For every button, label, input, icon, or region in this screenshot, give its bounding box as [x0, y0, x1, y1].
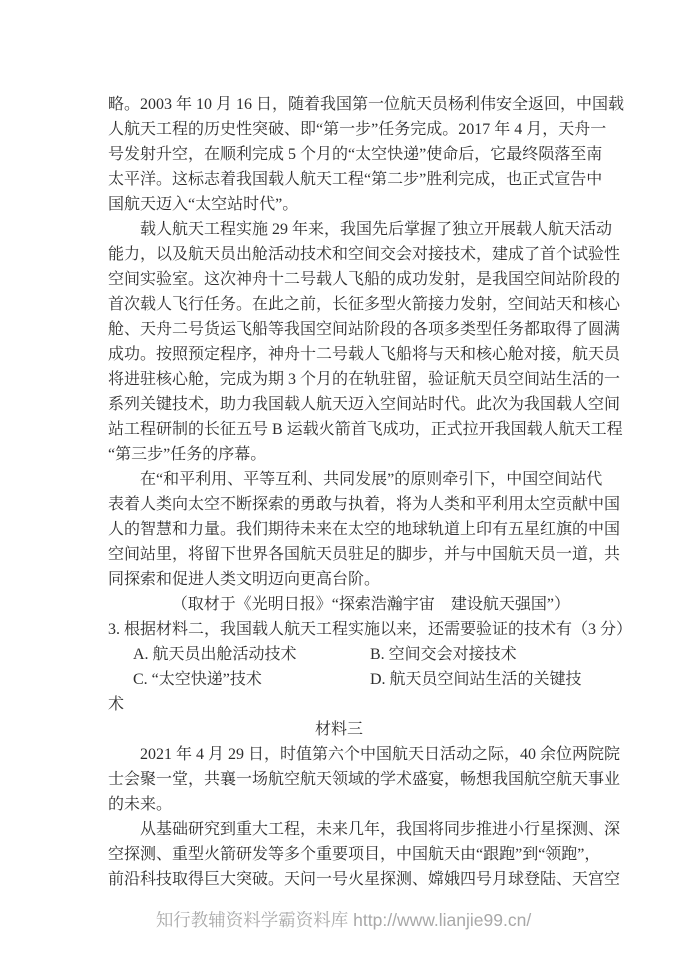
options-row-ab: A. 航天员出舱活动技术B. 空间交会对接技术 — [108, 642, 570, 667]
option-a: A. 航天员出舱活动技术 — [133, 642, 370, 667]
source-attribution: （取材于《光明日报》“探索浩瀚宇宙 建设航天强国”） — [108, 592, 570, 617]
option-c: C. “太空快递”技术 — [133, 667, 370, 692]
material3-paragraph-2: 从基础研究到重大工程，未来几年，我国将同步推进小行星探测、深 空探测、重型火箭研… — [108, 817, 570, 892]
question-3-stem: 3. 根据材料二，我国载人航天工程实施以来，还需要验证的技术有（3 分） — [108, 617, 570, 642]
option-b: B. 空间交会对接技术 — [370, 646, 517, 663]
material3-heading: 材料三 — [108, 717, 570, 742]
material3-paragraph-1: 2021 年 4 月 29 日，时值第六个中国航天日活动之际，40 余位两院院 … — [108, 742, 570, 817]
footer-watermark: 知行教辅资料学霸资料库 http://www.lianjie99.cn/ — [0, 908, 687, 932]
document-page: 略。2003 年 10 月 16 日，随着我国第一位航天员杨利伟安全返回，中国载… — [0, 0, 687, 971]
material2-paragraph-3: 在“和平利用、平等互利、共同发展”的原则牵引下，中国空间站代 表着人类向太空不断… — [108, 467, 570, 592]
material2-paragraph-1: 略。2003 年 10 月 16 日，随着我国第一位航天员杨利伟安全返回，中国载… — [108, 92, 570, 217]
document-body: 略。2003 年 10 月 16 日，随着我国第一位航天员杨利伟安全返回，中国载… — [108, 92, 570, 892]
material2-paragraph-2: 载人航天工程实施 29 年来，我国先后掌握了独立开展载人航天活动 能力，以及航天… — [108, 217, 570, 467]
options-row-cd: C. “太空快递”技术D. 航天员空间站生活的关键技 术 — [108, 667, 570, 717]
